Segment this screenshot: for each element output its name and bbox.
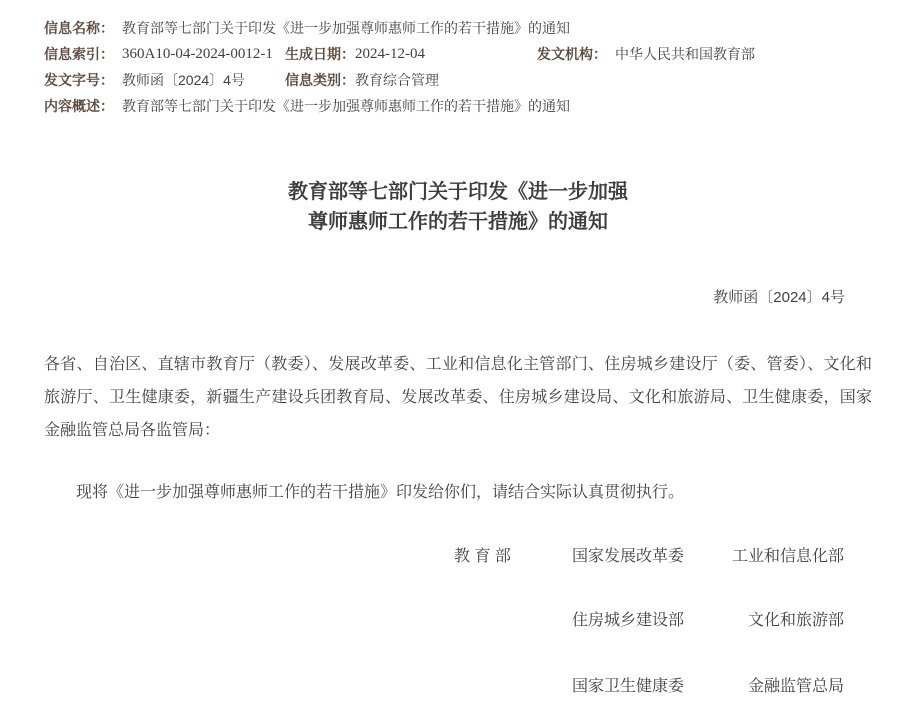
signature-mohurd: 住房城乡建设部 <box>572 610 684 632</box>
addressee-paragraph: 各省、自治区、直辖市教育厅（教委）、发展改革委、工业和信息化主管部门、住房城乡建… <box>44 348 872 447</box>
meta-org-label: 发文机构： <box>537 41 615 67</box>
meta-row-summary: 内容概述： 教育部等七部门关于印发《进一步加强尊师惠师工作的若干措施》的通知 <box>44 93 900 119</box>
meta-docno-label: 发文字号： <box>44 67 122 93</box>
meta-name-value: 教育部等七部门关于印发《进一步加强尊师惠师工作的若干措施》的通知 <box>122 15 900 41</box>
meta-summary-value: 教育部等七部门关于印发《进一步加强尊师惠师工作的若干措施》的通知 <box>122 93 900 119</box>
meta-summary-label: 内容概述： <box>44 93 122 119</box>
meta-category-value: 教育综合管理 <box>355 67 900 93</box>
signature-nfra: 金融监管总局 <box>748 676 844 698</box>
meta-date-value: 2024-12-04 <box>355 41 537 67</box>
meta-category-label: 信息类别： <box>285 67 355 93</box>
meta-name-label: 信息名称： <box>44 15 122 41</box>
meta-org-value: 中华人民共和国教育部 <box>615 41 900 67</box>
signature-mct: 文化和旅游部 <box>748 610 844 632</box>
meta-row-index-date-org: 信息索引： 360A10-04-2024-0012-1 生成日期： 2024-1… <box>44 41 900 67</box>
metadata-table: 信息名称： 教育部等七部门关于印发《进一步加强尊师惠师工作的若干措施》的通知 信… <box>44 15 900 119</box>
signature-miit: 工业和信息化部 <box>732 546 844 568</box>
document-title-line1: 教育部等七部门关于印发《进一步加强 <box>44 177 872 207</box>
body-paragraph: 现将《进一步加强尊师惠师工作的若干措施》印发给你们，请结合实际认真贯彻执行。 <box>44 476 872 509</box>
signature-nhc: 国家卫生健康委 <box>572 676 684 698</box>
signature-moe: 教 育 部 <box>454 546 511 568</box>
document-title: 教育部等七部门关于印发《进一步加强 尊师惠师工作的若干措施》的通知 <box>44 177 872 237</box>
document-page: 信息名称： 教育部等七部门关于印发《进一步加强尊师惠师工作的若干措施》的通知 信… <box>0 0 916 722</box>
meta-row-name: 信息名称： 教育部等七部门关于印发《进一步加强尊师惠师工作的若干措施》的通知 <box>44 15 900 41</box>
meta-index-value: 360A10-04-2024-0012-1 <box>122 41 285 67</box>
meta-index-label: 信息索引： <box>44 41 122 67</box>
meta-docno-value: 教师函〔2024〕4号 <box>122 67 285 93</box>
document-title-line2: 尊师惠师工作的若干措施》的通知 <box>44 207 872 237</box>
signature-ndrc: 国家发展改革委 <box>572 546 684 568</box>
document-number: 教师函〔2024〕4号 <box>713 287 845 309</box>
meta-date-label: 生成日期： <box>285 41 355 67</box>
meta-row-docno-category: 发文字号： 教师函〔2024〕4号 信息类别： 教育综合管理 <box>44 67 900 93</box>
